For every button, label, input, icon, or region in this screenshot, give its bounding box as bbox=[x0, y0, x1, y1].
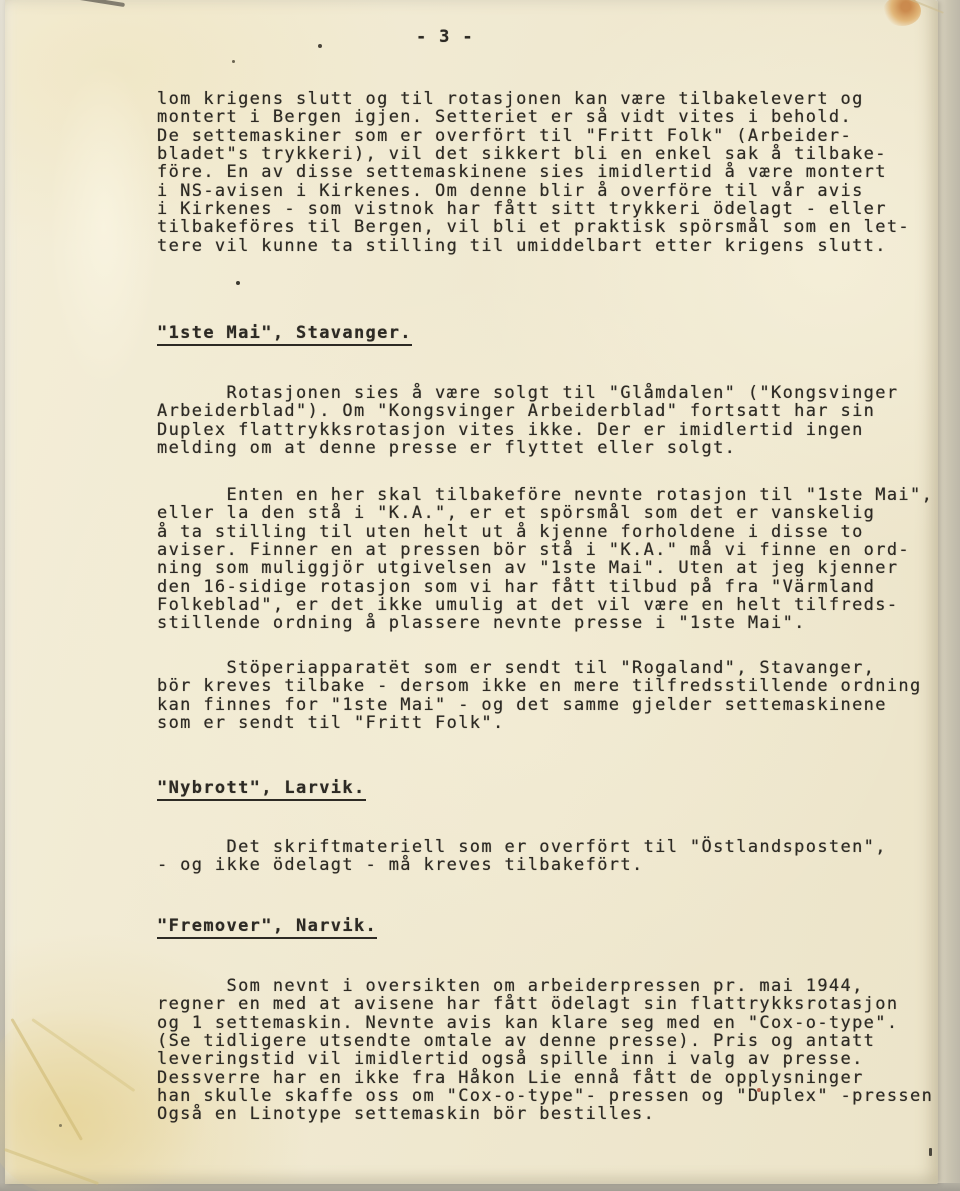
text-line: Folkeblad", er det ikke umulig at det vi… bbox=[157, 596, 933, 614]
text-line: å ta stilling til uten helt ut å kjenne … bbox=[157, 523, 933, 541]
text-line: bör kreves tilbake - dersom ikke en mere… bbox=[157, 677, 922, 695]
text-line: tilbakeföres til Bergen, vil bli et prak… bbox=[157, 218, 910, 236]
text-line: melding om at denne presse er flyttet el… bbox=[157, 439, 898, 457]
paper-light-patch bbox=[49, 60, 159, 390]
text-line: bladet"s trykkeri), vil det sikkert bli … bbox=[157, 145, 910, 163]
text-line: i Kirkenes - som vistnok har fått sitt t… bbox=[157, 200, 910, 218]
text-line: som er sendt til "Fritt Folk". bbox=[157, 714, 922, 732]
text-line: han skulle skaffe oss om "Cox-o-type"- p… bbox=[157, 1087, 933, 1105]
text-line: aviser. Finner en at pressen bör stå i "… bbox=[157, 541, 933, 559]
heading-1ste-mai-stavanger-text: "1ste Mai", Stavanger. bbox=[157, 323, 412, 346]
text-line: - og ikke ödelagt - må kreves tilbakeför… bbox=[157, 856, 887, 874]
page-number: - 3 - bbox=[416, 28, 474, 46]
text-line: eller la den stå i "K.A.", er et spörsmå… bbox=[157, 504, 933, 522]
text-line: tere vil kunne ta stilling til umiddelba… bbox=[157, 237, 910, 255]
text-line: Stöperiapparatët som er sendt til "Rogal… bbox=[157, 659, 922, 677]
text-line: lom krigens slutt og til rotasjonen kan … bbox=[157, 90, 910, 108]
paper-stain bbox=[883, 0, 921, 26]
heading-nybrott-larvik: "Nybrott", Larvik. bbox=[157, 779, 366, 797]
text-line: Arbeiderblad"). Om "Kongsvinger Arbeider… bbox=[157, 402, 898, 420]
text-line: De settemaskiner som er overfört til "Fr… bbox=[157, 127, 910, 145]
para-enten: Enten en her skal tilbakeföre nevnte rot… bbox=[157, 486, 933, 633]
scan-speck bbox=[232, 60, 235, 63]
heading-fremover-narvik: "Fremover", Narvik. bbox=[157, 917, 377, 935]
scanner-bed-bottom bbox=[0, 1183, 960, 1191]
heading-fremover-narvik-text: "Fremover", Narvik. bbox=[157, 916, 377, 939]
paper-crease-mark bbox=[73, 0, 125, 7]
text-line: Rotasjonen sies å være solgt til "Glåmda… bbox=[157, 384, 898, 402]
text-line: Også en Linotype settemaskin bör bestill… bbox=[157, 1105, 933, 1123]
heading-nybrott-larvik-text: "Nybrott", Larvik. bbox=[157, 778, 366, 801]
paper-fold-line bbox=[904, 0, 944, 14]
scanned-document: - 3 - lom krigens slutt og til rotasjone… bbox=[0, 0, 960, 1191]
text-line: kan finnes for "1ste Mai" - og det samme… bbox=[157, 696, 922, 714]
text-line: regner en med at avisene har fått ödelag… bbox=[157, 995, 933, 1013]
paper-crease-line bbox=[4, 1148, 99, 1185]
text-line: og 1 settemaskin. Nevnte avis kan klare … bbox=[157, 1014, 933, 1032]
text-line: stillende ordning å plassere nevnte pres… bbox=[157, 614, 933, 632]
text-line: leveringstid vil imidlertid også spille … bbox=[157, 1050, 933, 1068]
text-line: Som nevnt i oversikten om arbeiderpresse… bbox=[157, 977, 933, 995]
paper-sheet: - 3 - lom krigens slutt og til rotasjone… bbox=[5, 0, 938, 1184]
text-line: (Se tidligere utsendte omtale av denne p… bbox=[157, 1032, 933, 1050]
text-line: Det skriftmateriell som er overfört til … bbox=[157, 838, 887, 856]
scan-speck bbox=[59, 1124, 62, 1127]
scan-speck bbox=[929, 1148, 932, 1156]
text-line: före. En av disse settemaskinene sies im… bbox=[157, 163, 910, 181]
paper-crease-line bbox=[31, 1018, 135, 1092]
scan-speck bbox=[236, 281, 240, 285]
para-rotasjonen: Rotasjonen sies å være solgt til "Glåmda… bbox=[157, 384, 898, 457]
paper-crease-line bbox=[10, 1018, 83, 1141]
para-continuation: lom krigens slutt og til rotasjonen kan … bbox=[157, 90, 910, 255]
scan-speck bbox=[318, 44, 322, 48]
scanner-bed-right bbox=[937, 0, 960, 1191]
text-line: Dessverre har en ikke fra Håkon Lie ennå… bbox=[157, 1069, 933, 1087]
para-skriftmateriell: Det skriftmateriell som er overfört til … bbox=[157, 838, 887, 875]
text-line: i NS-avisen i Kirkenes. Om denne blir å … bbox=[157, 182, 910, 200]
para-stoperiapparatet: Stöperiapparatët som er sendt til "Rogal… bbox=[157, 659, 922, 732]
heading-1ste-mai-stavanger: "1ste Mai", Stavanger. bbox=[157, 324, 412, 342]
text-line: Enten en her skal tilbakeföre nevnte rot… bbox=[157, 486, 933, 504]
text-line: Duplex flattrykksrotasjon vites ikke. De… bbox=[157, 421, 898, 439]
text-line: montert i Bergen igjen. Setteriet er så … bbox=[157, 108, 910, 126]
para-som-nevnt: Som nevnt i oversikten om arbeiderpresse… bbox=[157, 977, 933, 1124]
text-line: den 16-sidige rotasjon som vi har fått t… bbox=[157, 578, 933, 596]
text-line: ning som muliggjör utgivelsen av "1ste M… bbox=[157, 559, 933, 577]
